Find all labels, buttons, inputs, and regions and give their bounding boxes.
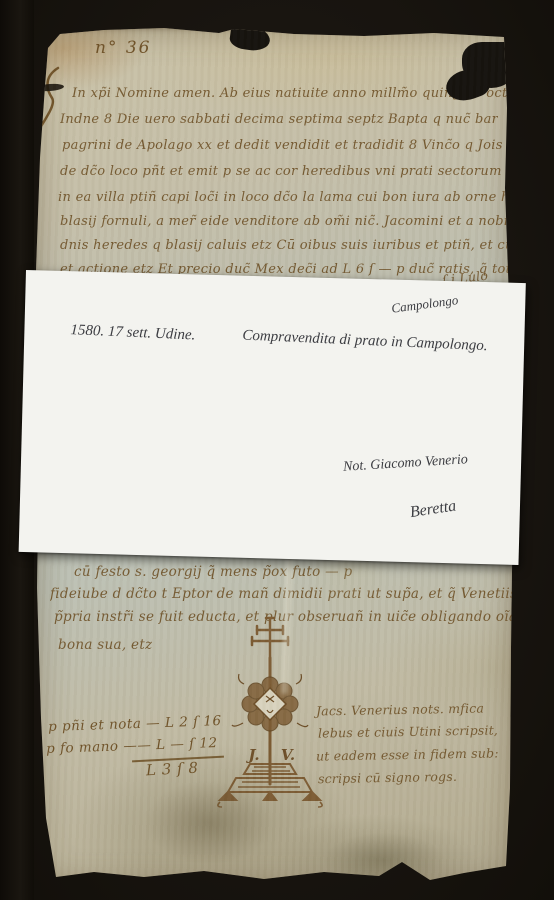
notary-signum-icon: J. V. xyxy=(210,614,330,824)
manuscript-line: cū festo s. georgij q̃ mens p̃ox fut̃o —… xyxy=(74,564,352,580)
notary-initial-left: J. xyxy=(245,746,259,764)
note-signature: Not. Giacomo Venerio xyxy=(343,452,469,476)
note-corner-label: Campolongo xyxy=(390,292,459,317)
note-countersignature: Beretta xyxy=(409,497,458,522)
note-date: 1580. 17 sett. Udine. xyxy=(70,322,196,344)
manuscript-line: de dc̃o loco pñt et emit p se ac cor her… xyxy=(60,164,512,179)
photograph-of-document: n° 36 In xp̃i Nomine amen. Ab eius natiu… xyxy=(0,0,554,900)
fee-total: L 3 ſ 8 xyxy=(146,759,199,780)
archivist-note-slip: Campolongo 1580. 17 sett. Udine. Comprav… xyxy=(19,270,526,565)
manuscript-line: pagrini de Apolago xx et dedit vendidit … xyxy=(62,138,514,153)
stain xyxy=(324,833,444,888)
manuscript-line: in ea villa ptiñ capi loc̃i in loco dc̃o… xyxy=(58,190,510,205)
attestation-line: Jacs. Venerius nots. mfica xyxy=(316,701,484,719)
marginal-flourish-icon xyxy=(38,66,62,130)
note-subject: Compravendita di prato in Campolongo. xyxy=(242,328,488,356)
attestation-line: ut eadem esse in fidem sub: xyxy=(316,745,499,763)
archival-number: n° 36 xyxy=(95,38,151,58)
manuscript-line: blasij fornuli, a mer̃ eid̃e venditore a… xyxy=(60,214,512,229)
manuscript-line: bona sua, etz xyxy=(58,637,152,653)
attestation-line: lebus et ciuis Utini scripsit, xyxy=(318,722,498,740)
attestation-line: scripsi cū signo rogs. xyxy=(318,769,457,786)
manuscript-line: dnis heredes q blasij caluis etz Cū oibu… xyxy=(60,238,512,253)
fee-row: p pñi et nota — L 2 ſ 16 xyxy=(48,713,222,735)
manuscript-line: Indne 8 Die uero sabbati decima septima … xyxy=(60,112,498,127)
notary-initial-right: V. xyxy=(281,746,295,764)
ink-hole-top-center xyxy=(229,23,272,52)
manuscript-line: fideiub̃e d dc̃to t Eptor de mañ dimidii… xyxy=(50,586,512,602)
fee-row: p fo mano —— L — ſ 12 xyxy=(46,735,218,757)
